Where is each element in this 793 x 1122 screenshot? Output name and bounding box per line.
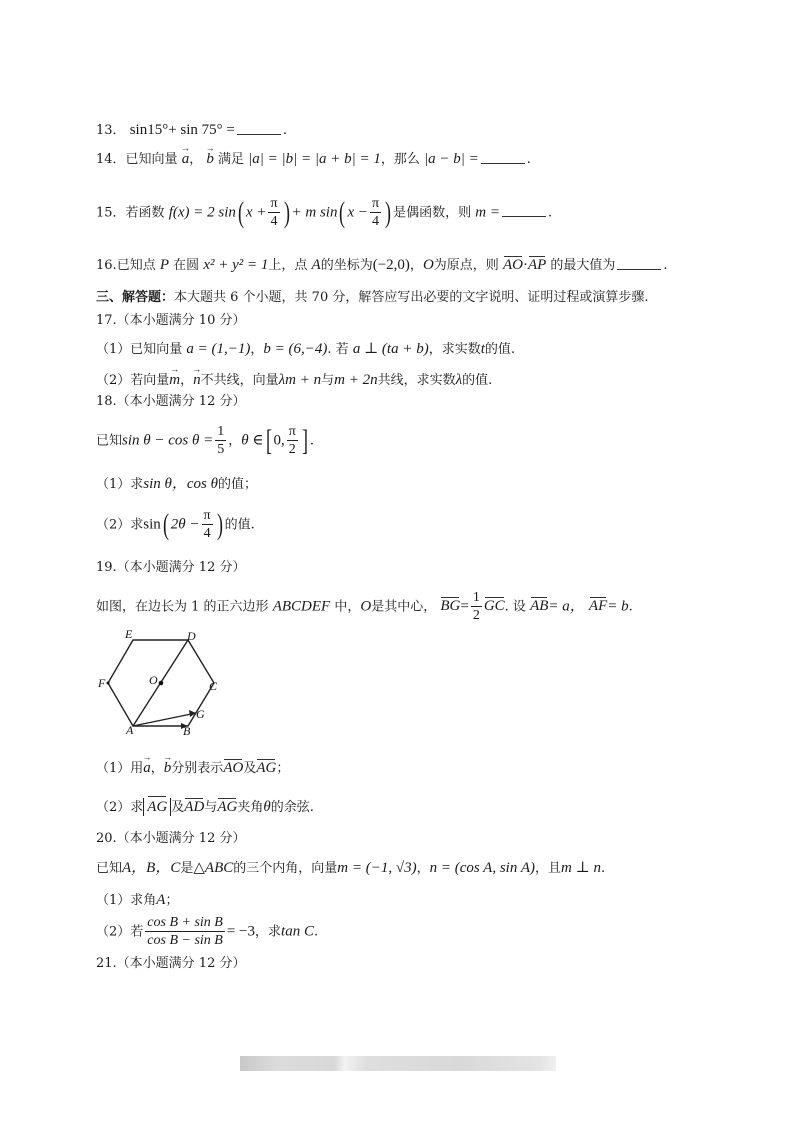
paren: ) xyxy=(217,510,223,540)
question-18-part-1: （1）求sin θ，cos θ的值； xyxy=(96,477,257,492)
numerator: π xyxy=(268,196,279,213)
question-17-part-1: （1）已知向量 a = (1,−1)，b = (6,−4). 若 a ⊥ (ta… xyxy=(96,342,515,357)
blurred-footer-watermark xyxy=(240,1056,556,1071)
punct: ， xyxy=(250,342,263,357)
label-f: F xyxy=(97,676,106,690)
punct: ， xyxy=(228,433,241,448)
punct: . xyxy=(314,924,318,939)
text: ，那么 xyxy=(381,152,420,167)
numerator: 1 xyxy=(471,590,482,607)
point-a: A xyxy=(312,257,321,273)
point-o: O xyxy=(360,598,371,614)
question-19-part-2: （2）求AG及AD与AG夹角θ的余弦. xyxy=(96,798,314,816)
paren: ( xyxy=(163,510,169,540)
text: 与 xyxy=(204,800,217,815)
text: . 若 xyxy=(327,342,348,357)
point-f-dot xyxy=(107,682,110,685)
text: 及 xyxy=(171,800,184,815)
text: ，且 xyxy=(535,861,561,876)
paren: ) xyxy=(385,198,391,228)
answer-blank xyxy=(237,134,281,135)
question-number: 16. xyxy=(96,258,117,273)
text: 是其中心， xyxy=(371,599,436,614)
math-expression: + m sin xyxy=(292,204,338,220)
magnitude: AG xyxy=(143,798,171,816)
hexagon-figure: E D F O C G A B xyxy=(96,626,226,736)
math-expression: |a| = |b| = |a + b| = 1 xyxy=(248,151,381,167)
text: . 设 xyxy=(505,599,526,614)
variable-theta: θ xyxy=(263,799,270,815)
fraction: π4 xyxy=(268,196,279,230)
vector-ao: AO xyxy=(223,761,243,776)
label-c: C xyxy=(209,679,218,693)
text: 是偶函数，则 xyxy=(393,205,471,220)
numerator: cos B + sin B xyxy=(145,915,225,932)
text: 不共线，向量 xyxy=(201,373,279,388)
question-19-given: 如图，在边长为 1 的正六边形 ABCDEF 中，O是其中心， BG=12GC.… xyxy=(96,590,633,624)
part-label: （1）已知向量 xyxy=(96,342,182,357)
vector-b: b xyxy=(206,152,214,167)
punct: ； xyxy=(276,761,289,776)
fraction: π4 xyxy=(202,508,213,542)
text: 的值； xyxy=(218,477,257,492)
question-number: 14． xyxy=(96,152,126,167)
fraction: cos B + sin Bcos B − sin B xyxy=(145,915,225,949)
math-expression: b = (6,−4) xyxy=(263,341,327,357)
part-label: （2）求 xyxy=(96,800,143,815)
section-title: 三、解答题： xyxy=(96,290,174,305)
math-expression: sin θ − cos θ = xyxy=(122,432,213,448)
vector-a: a xyxy=(182,152,190,167)
punct: . xyxy=(283,123,287,138)
center-point xyxy=(159,681,164,686)
math-expression: x − xyxy=(347,204,368,220)
text: 的坐标为 xyxy=(321,258,373,273)
label-e: E xyxy=(124,627,133,641)
fraction: 15 xyxy=(215,424,226,458)
math-expression: x + xyxy=(246,204,267,220)
part-label: （2）若 xyxy=(96,924,143,939)
equals: = xyxy=(460,598,468,614)
label-g: G xyxy=(196,707,205,721)
point-p: P xyxy=(160,257,169,273)
math-expression: = −3 xyxy=(227,923,255,939)
math-expression: x² + y² = 1 xyxy=(203,257,268,273)
denominator: 4 xyxy=(372,213,379,229)
fraction: π2 xyxy=(287,424,298,458)
math-expression: sin xyxy=(143,516,161,532)
math-expression: n = (cos A, sin A) xyxy=(430,860,535,876)
vector-a: a xyxy=(143,761,151,776)
text: 与 xyxy=(321,373,334,388)
text: 的值. xyxy=(485,342,515,357)
punct: ， xyxy=(151,761,164,776)
question-19-header: 19.（本小题满分 12 分） xyxy=(96,561,245,574)
denominator: 4 xyxy=(270,213,277,229)
text: 已知点 xyxy=(117,258,156,273)
math-expression: m ⊥ n xyxy=(561,860,601,876)
section-description: 本大题共 6 个小题，共 70 分，解答应写出必要的文字说明、证明过程或演算步骤… xyxy=(174,290,648,305)
question-15: 15．若函数 f(x) = 2 sin(x +π4)+ m sin(x −π4)… xyxy=(96,196,552,230)
text: 及 xyxy=(243,761,256,776)
part-label: （2）若向量 xyxy=(96,373,169,388)
vector-ad: AD xyxy=(184,800,204,815)
point-o: O xyxy=(423,257,434,273)
question-18-header: 18.（本小题满分 12 分） xyxy=(96,395,245,408)
part-label: （2）求 xyxy=(96,517,143,532)
question-number: 15． xyxy=(96,205,126,220)
math-expression: sin15°+ sin 75° = xyxy=(130,122,235,138)
answer-blank xyxy=(481,163,525,164)
math-expression: = a， xyxy=(548,598,584,614)
text: 满足 xyxy=(218,152,244,167)
question-14: 14．已知向量 a， b 满足 |a| = |b| = |a + b| = 1，… xyxy=(96,152,531,167)
denominator: 5 xyxy=(217,441,224,457)
part-label: （1）用 xyxy=(96,761,143,776)
denominator: 2 xyxy=(289,441,296,457)
denominator: 2 xyxy=(473,607,480,623)
text: 共线，求实数 xyxy=(378,373,456,388)
punct: ， xyxy=(410,258,423,273)
math-expression: |a − b| = xyxy=(424,151,479,167)
label-a: A xyxy=(125,723,134,736)
text: 上，点 xyxy=(268,258,307,273)
label-d: D xyxy=(186,629,196,643)
question-20-header: 20.（本小题满分 12 分） xyxy=(96,832,245,845)
vector-bg: BG xyxy=(440,599,460,614)
math-expression: = b xyxy=(607,598,628,614)
math-expression: θ ∈ xyxy=(241,432,263,448)
question-16: 16.已知点 P 在圆 x² + y² = 1上，点 A的坐标为(−2,0)，O… xyxy=(96,258,668,273)
fraction: π4 xyxy=(370,196,381,230)
math-expression: m = (−1, √3) xyxy=(337,860,416,876)
label-o: O xyxy=(149,673,158,687)
text: 在圆 xyxy=(173,258,199,273)
hexagon-name: ABCDEF xyxy=(273,598,331,614)
text: ，求实数 xyxy=(429,342,481,357)
vector-gc: GC xyxy=(484,599,505,614)
vector-b: b xyxy=(164,761,172,776)
math-expression: (−2,0) xyxy=(373,257,410,273)
numerator: 1 xyxy=(215,424,226,441)
punct: ； xyxy=(165,893,178,908)
math-expression: tan C xyxy=(281,923,314,939)
question-19-part-1: （1）用a，b分别表示AO及AG； xyxy=(96,761,289,776)
part-label: （1）求 xyxy=(96,477,143,492)
math-expression: a ⊥ (ta + b) xyxy=(353,341,429,357)
punct: . xyxy=(629,599,633,614)
math-expression: m = xyxy=(475,204,500,220)
label-b: B xyxy=(183,724,191,736)
text: 是 xyxy=(180,861,193,876)
paren: ( xyxy=(339,198,345,228)
punct: . xyxy=(527,152,531,167)
text: 已知 xyxy=(96,433,122,448)
math-expression: f(x) = 2 sin xyxy=(169,204,236,220)
text: 夹角 xyxy=(237,800,263,815)
part-label: （1）求角 xyxy=(96,893,156,908)
punct: . xyxy=(601,861,605,876)
text: 若函数 xyxy=(126,205,165,220)
vector-ag: AG xyxy=(217,800,237,815)
text: 为原点，则 xyxy=(434,258,499,273)
numerator: π xyxy=(287,424,298,441)
math-expression: m + 2n xyxy=(334,372,377,388)
denominator: 4 xyxy=(204,525,211,541)
question-18-part-2: （2）求sin(2θ −π4)的值. xyxy=(96,508,255,542)
vector-m: m xyxy=(169,373,180,388)
text: 已知 xyxy=(96,861,122,876)
vector-ag: AG xyxy=(147,798,167,816)
text: ，求 xyxy=(255,924,281,939)
math-expression: λm + n xyxy=(279,372,321,388)
question-18-given: 已知sin θ − cos θ =15，θ ∈[0,π2]. xyxy=(96,424,314,458)
text: 的余弦. xyxy=(271,800,314,815)
answer-blank xyxy=(617,269,661,270)
math-expression: sin θ，cos θ xyxy=(143,476,218,492)
text: 的最大值为 xyxy=(550,258,615,273)
numerator: π xyxy=(370,196,381,213)
question-20-part-2: （2）若cos B + sin Bcos B − sin B= −3，求tan … xyxy=(96,915,318,949)
bracket: ] xyxy=(302,426,308,456)
vector-ao: AO xyxy=(503,258,523,273)
vector-af: AF xyxy=(589,599,607,614)
text: 如图，在边长为 1 的正六边形 xyxy=(96,599,269,614)
vector-ab: AB xyxy=(530,599,548,614)
text: 的三个内角，向量 xyxy=(233,861,337,876)
vector-ap: AP xyxy=(528,258,546,273)
math-expression: a = (1,−1) xyxy=(186,341,250,357)
arrowhead-g xyxy=(189,710,196,717)
text: 的值. xyxy=(462,373,492,388)
paren: ( xyxy=(238,198,244,228)
fraction: 12 xyxy=(471,590,482,624)
punct: ， xyxy=(180,373,193,388)
question-number: 13． xyxy=(96,123,126,138)
bracket: [ xyxy=(266,426,272,456)
math-expression: △ABC xyxy=(193,860,233,876)
math-expression: 0, xyxy=(274,432,285,448)
question-20-given: 已知A，B，C是△ABC的三个内角，向量m = (−1, √3)，n = (co… xyxy=(96,861,605,876)
question-21-header: 21.（本小题满分 12 分） xyxy=(96,957,245,970)
punct: . xyxy=(548,205,552,220)
text: 分别表示 xyxy=(171,761,223,776)
text: 的值. xyxy=(225,517,255,532)
vector-ag: AG xyxy=(256,761,276,776)
question-20-part-1: （1）求角A； xyxy=(96,893,178,908)
punct: ， xyxy=(417,861,430,876)
punct: ， xyxy=(189,152,202,167)
question-17-header: 17.（本小题满分 10 分） xyxy=(96,314,245,327)
denominator: cos B − sin B xyxy=(147,932,223,948)
vector-n: n xyxy=(193,373,201,388)
punct: . xyxy=(310,433,314,448)
paren: ) xyxy=(284,198,290,228)
text: 已知向量 xyxy=(126,152,178,167)
section-header: 三、解答题：本大题共 6 个小题，共 70 分，解答应写出必要的文字说明、证明过… xyxy=(96,291,649,304)
punct: . xyxy=(663,258,667,273)
question-13: 13． sin15°+ sin 75° =. xyxy=(96,123,287,138)
math-expression: 2θ − xyxy=(171,516,200,532)
question-17-part-2: （2）若向量m，n不共线，向量λm + n与m + 2n共线，求实数λ的值. xyxy=(96,373,492,388)
text: 中， xyxy=(334,599,360,614)
numerator: π xyxy=(202,508,213,525)
answer-blank xyxy=(502,216,546,217)
math-expression: A，B，C xyxy=(122,860,180,876)
